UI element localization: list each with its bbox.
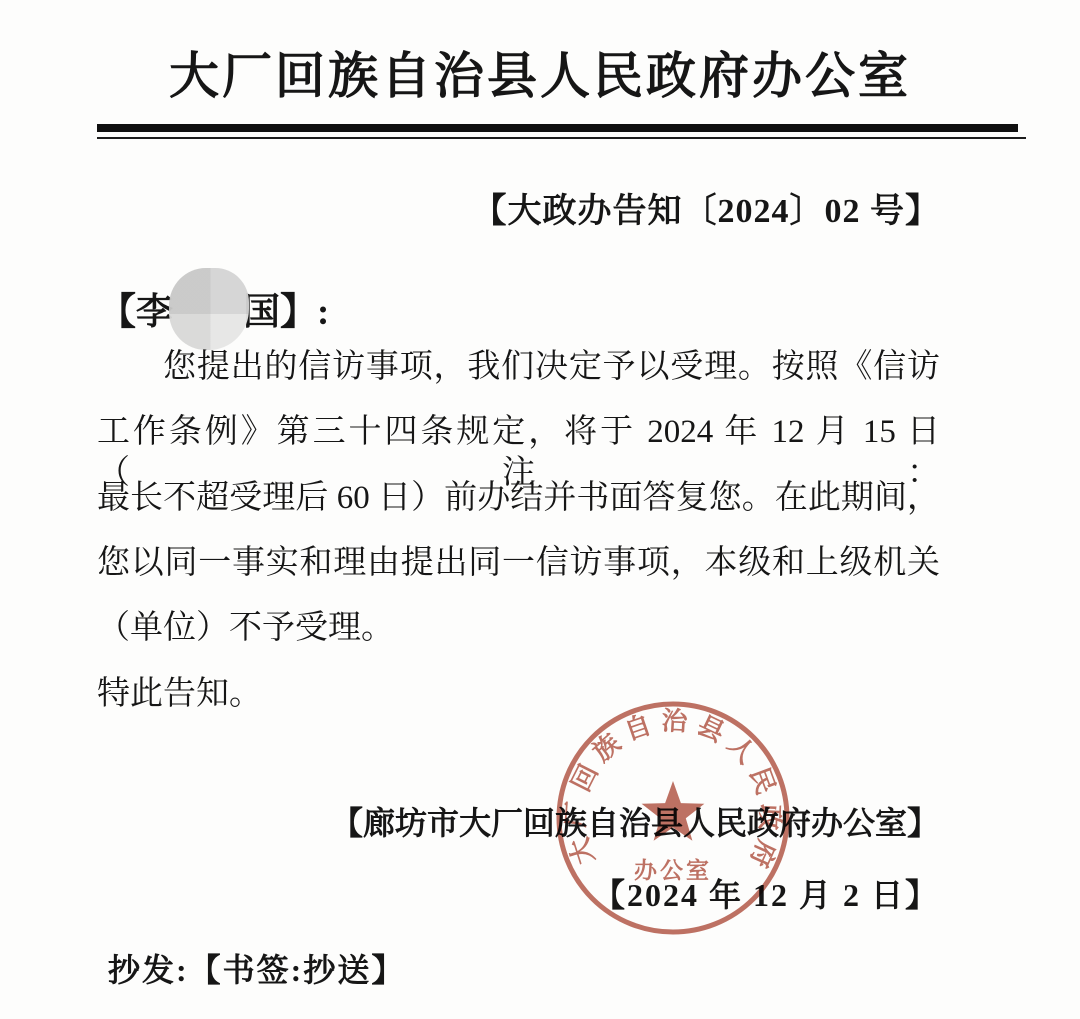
signature-date: 【2024 年 12 月 2 日】 [593,870,939,916]
body-line-4: 您以同一事实和理由提出同一信访事项，本级和上级机关 [97,543,940,584]
notice-document-page: 大厂回族自治县人民政府办公室 【大政办告知〔2024〕02 号】 【李国】: 您… [0,0,1080,1019]
copy-distribution-line: 抄发:【书签:抄送】 [108,945,405,991]
seal-ring-text: 大厂回族自治县人民政府 [561,706,785,879]
addressee-line: 【李国】: [99,268,329,350]
addressee-suffix: 国】: [243,292,329,333]
document-title: 大厂回族自治县人民政府办公室 [0,36,1080,108]
body-line-1: 您提出的信访事项，我们决定予以受理。按照《信访 [97,347,940,388]
header-rule-thin [97,137,1026,139]
addressee-prefix: 【李 [99,292,173,333]
body-line-3: 最长不超受理后 60 日）前办结并书面答复您。在此期间， [97,478,940,519]
redaction-blur [169,268,249,350]
header-rule-thick [97,124,1018,132]
body-closing-line: 特此告知。 [97,674,940,715]
signature-office: 【廊坊市大厂回族自治县人民政府办公室】 [331,798,939,844]
body-line-5: （单位）不予受理。 [97,608,940,649]
seal-ring-text-path: 大厂回族自治县人民政府 [561,706,785,879]
document-number: 【大政办告知〔2024〕02 号】 [473,183,941,232]
